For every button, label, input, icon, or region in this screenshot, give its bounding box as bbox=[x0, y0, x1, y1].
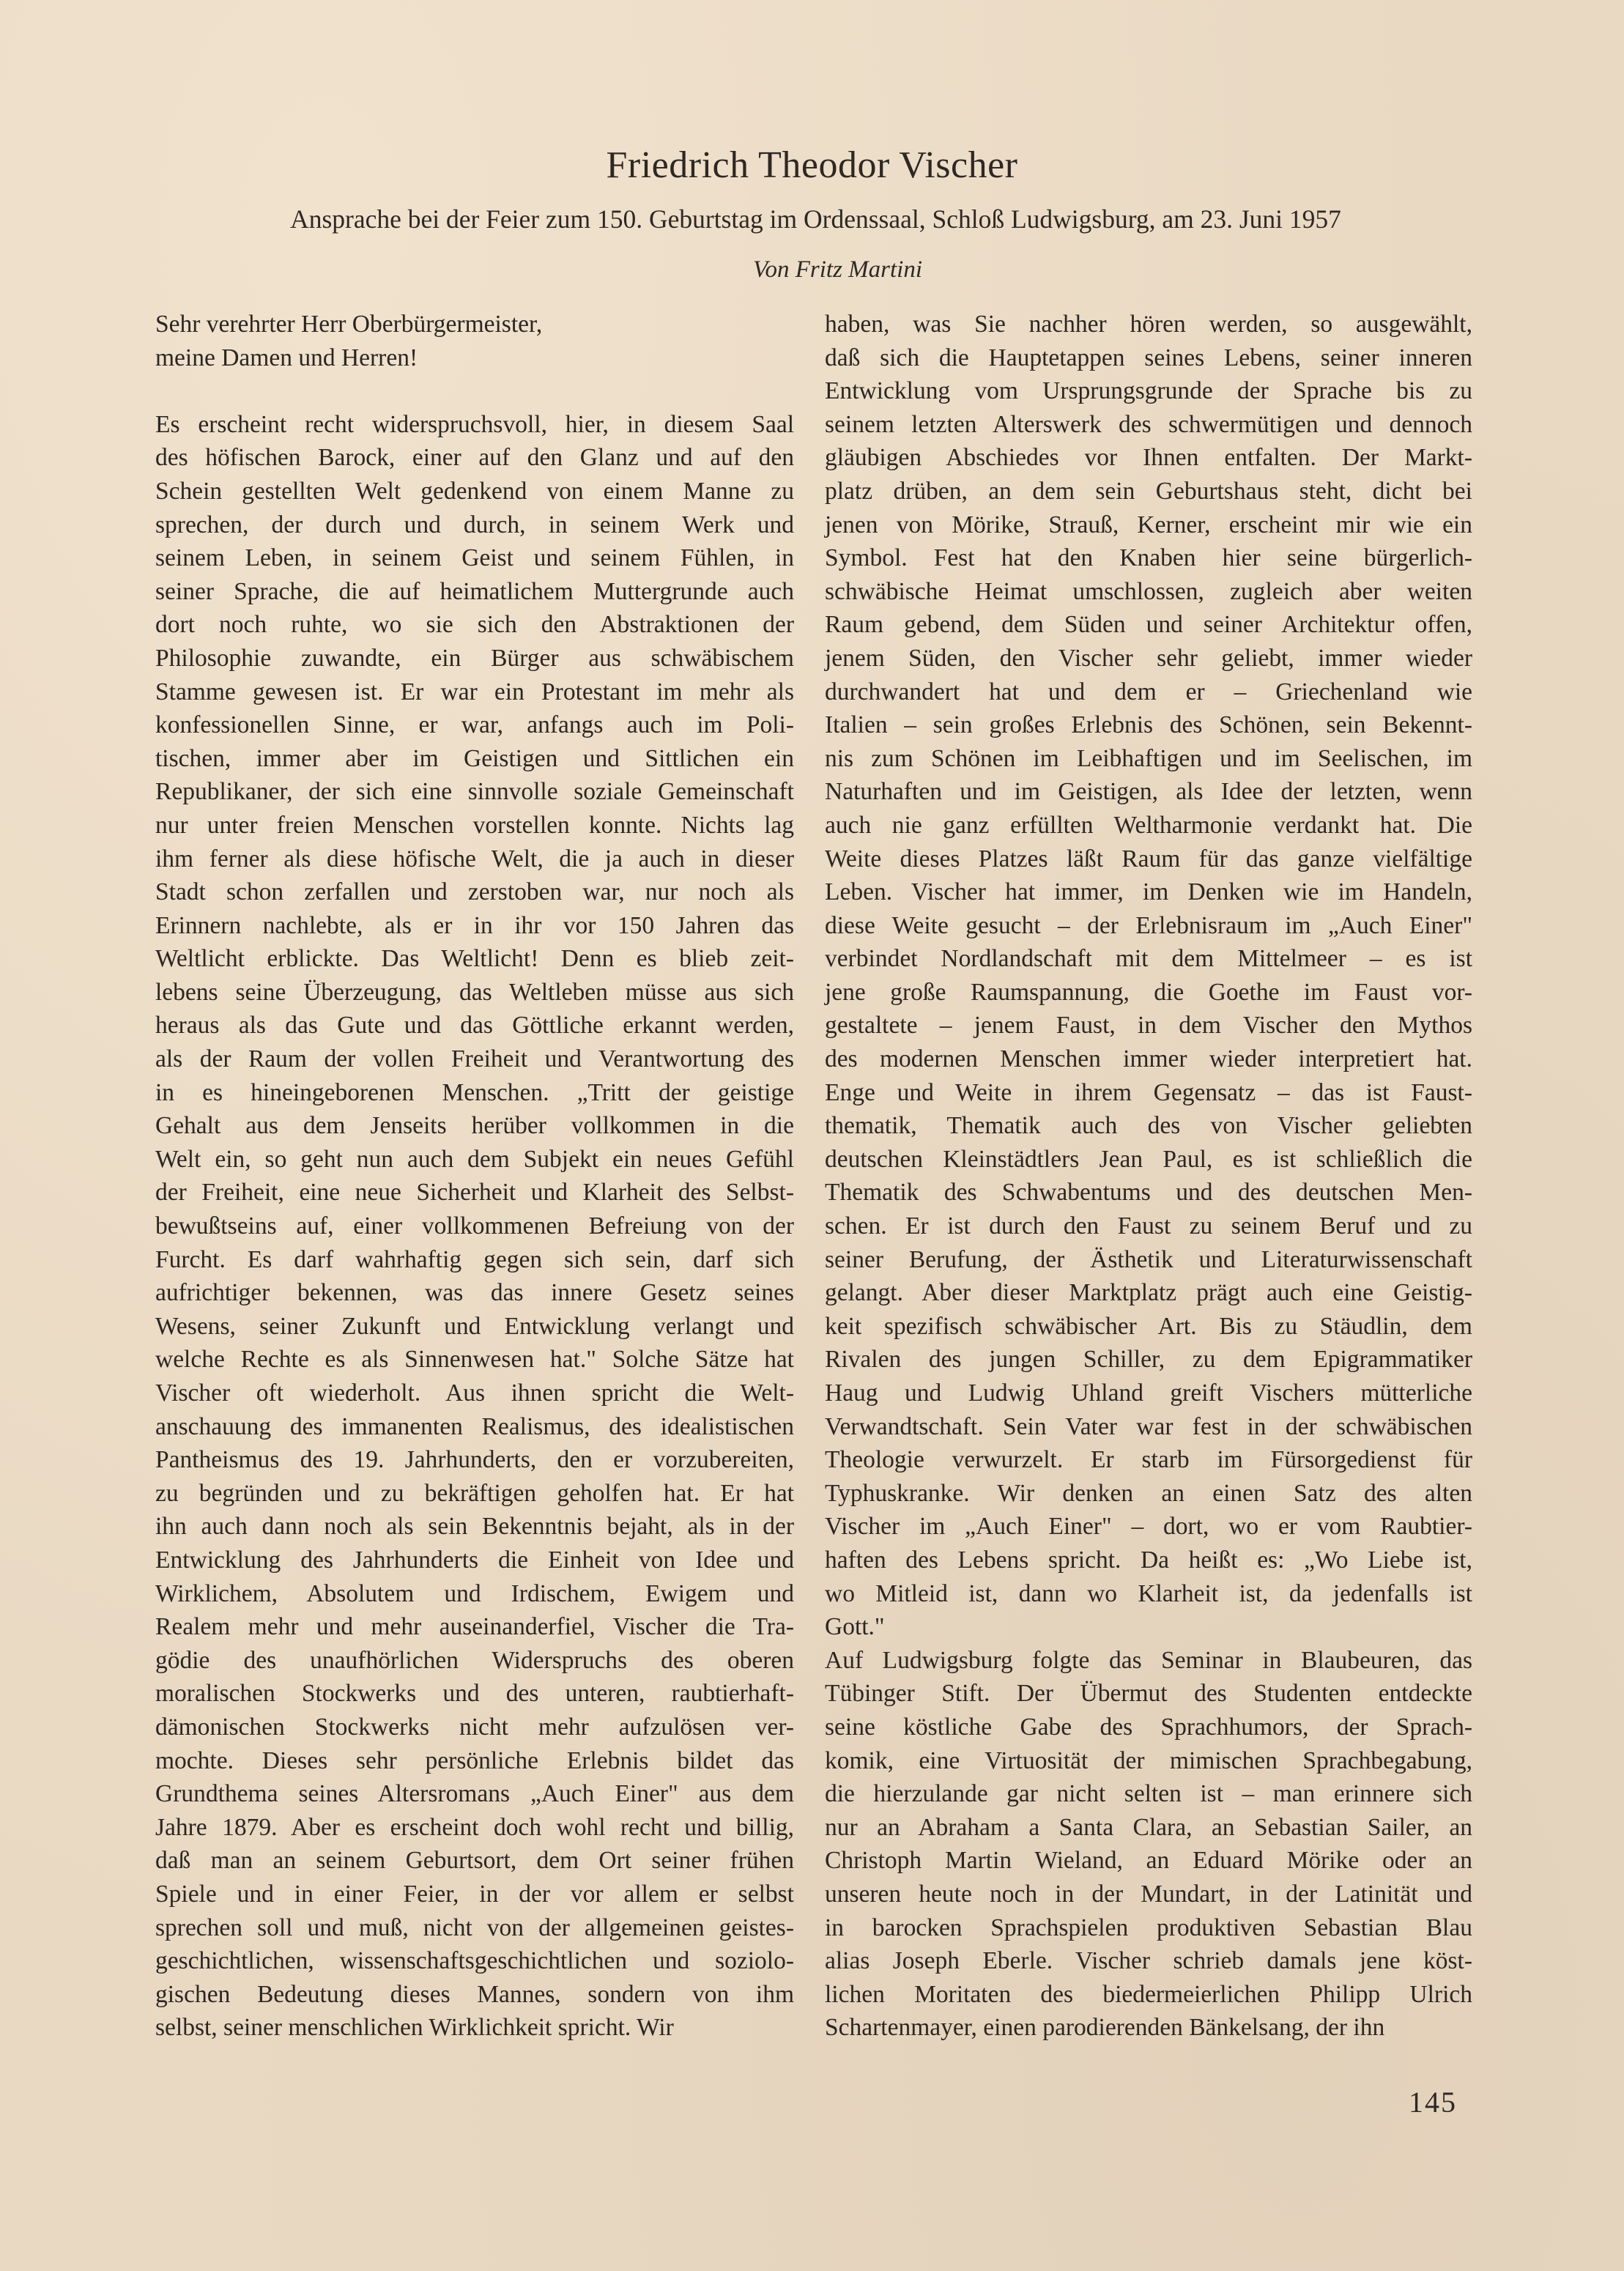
text-line: zu begründen und zu bekräftigen geholfen… bbox=[155, 1477, 794, 1511]
text-line: Christoph Martin Wieland, an Eduard Möri… bbox=[825, 1844, 1472, 1878]
text-line: lichen Moritaten des biedermeierlichen P… bbox=[825, 1978, 1472, 2012]
text-line: jene große Raumspannung, die Goethe im F… bbox=[825, 976, 1472, 1009]
text-line: der Freiheit, eine neue Sicherheit und K… bbox=[155, 1176, 794, 1209]
text-line: Weite dieses Platzes läßt Raum für das g… bbox=[825, 842, 1472, 876]
text-line: gläubigen Abschiedes vor Ihnen entfalten… bbox=[825, 441, 1472, 475]
text-line: ihn auch dann noch als sein Bekenntnis b… bbox=[155, 1510, 794, 1544]
right-column-body: haben, was Sie nachher hören werden, so … bbox=[825, 308, 1472, 2045]
text-line: Vischer oft wiederholt. Aus ihnen sprich… bbox=[155, 1377, 794, 1410]
text-line: haften des Lebens spricht. Da heißt es: … bbox=[825, 1544, 1472, 1577]
text-line: sprechen soll und muß, nicht von der all… bbox=[155, 1911, 794, 1945]
text-line: daß man an seinem Geburtsort, dem Ort se… bbox=[155, 1844, 794, 1878]
text-line: Pantheismus des 19. Jahrhunderts, den er… bbox=[155, 1443, 794, 1477]
text-line: wo Mitleid ist, dann wo Klarheit ist, da… bbox=[825, 1577, 1472, 1611]
text-line: platz drüben, an dem sein Geburtshaus st… bbox=[825, 475, 1472, 508]
text-line: ihm ferner als diese höfische Welt, die … bbox=[155, 842, 794, 876]
text-line: Philosophie zuwandte, ein Bürger aus sch… bbox=[155, 642, 794, 675]
right-column: haben, was Sie nachher hören werden, so … bbox=[825, 308, 1472, 2045]
text-line: Spiele und in einer Feier, in der vor al… bbox=[155, 1878, 794, 1911]
text-line: Rivalen des jungen Schiller, zu dem Epig… bbox=[825, 1343, 1472, 1377]
text-line: schen. Er ist durch den Faust zu seinem … bbox=[825, 1209, 1472, 1243]
text-line: seinem Leben, in seinem Geist und seinem… bbox=[155, 541, 794, 575]
text-line: als der Raum der vollen Freiheit und Ver… bbox=[155, 1042, 794, 1076]
text-line: Stadt schon zerfallen und zerstoben war,… bbox=[155, 875, 794, 909]
text-line: nis zum Schönen im Leibhaftigen und im S… bbox=[825, 742, 1472, 776]
salutation-line: meine Damen und Herren! bbox=[155, 341, 794, 375]
text-line: Welt ein, so geht nun auch dem Subjekt e… bbox=[155, 1143, 794, 1177]
text-line: konfessionellen Sinne, er war, anfangs a… bbox=[155, 708, 794, 742]
text-line: seiner Berufung, der Ästhetik und Litera… bbox=[825, 1243, 1472, 1277]
text-line: aufrichtiger bekennen, was das innere Ge… bbox=[155, 1276, 794, 1310]
text-line: moralischen Stockwerks und des unteren, … bbox=[155, 1677, 794, 1711]
text-line: Thematik des Schwabentums und des deutsc… bbox=[825, 1176, 1472, 1209]
text-line: Haug und Ludwig Uhland greift Vischers m… bbox=[825, 1377, 1472, 1410]
article-title: Friedrich Theodor Vischer bbox=[0, 144, 1624, 187]
text-line: dort noch ruhte, wo sie sich den Abstrak… bbox=[155, 608, 794, 642]
text-line: nur an Abraham a Santa Clara, an Sebasti… bbox=[825, 1811, 1472, 1845]
text-line: Erinnern nachlebte, als er in ihr vor 15… bbox=[155, 909, 794, 943]
salutation-line: Sehr verehrter Herr Oberbürgermeister, bbox=[155, 308, 794, 341]
text-line: Schein gestellten Welt gedenkend von ein… bbox=[155, 475, 794, 508]
text-line: Raum gebend, dem Süden und seiner Archit… bbox=[825, 608, 1472, 642]
text-line: Realem mehr und mehr auseinanderfiel, Vi… bbox=[155, 1610, 794, 1644]
text-line: Symbol. Fest hat den Knaben hier seine b… bbox=[825, 541, 1472, 575]
text-line: Italien – sein großes Erlebnis des Schön… bbox=[825, 708, 1472, 742]
text-line: selbst, seiner menschlichen Wirklichkeit… bbox=[155, 2011, 794, 2045]
text-line: Grundthema seines Altersromans „Auch Ein… bbox=[155, 1777, 794, 1811]
text-line: auch nie ganz erfüllten Weltharmonie ver… bbox=[825, 809, 1472, 842]
text-line: des höfischen Barock, einer auf den Glan… bbox=[155, 441, 794, 475]
text-line: Es erscheint recht widerspruchsvoll, hie… bbox=[155, 408, 794, 442]
text-line: geschichtlichen, wissenschaftsgeschichtl… bbox=[155, 1944, 794, 1978]
text-line: gestaltete – jenem Faust, in dem Vischer… bbox=[825, 1009, 1472, 1042]
author-byline: Von Fritz Martini bbox=[0, 256, 1624, 284]
text-line: anschauung des immanenten Realismus, des… bbox=[155, 1410, 794, 1444]
text-line: Republikaner, der sich eine sinnvolle so… bbox=[155, 775, 794, 809]
text-line: Wesens, seiner Zukunft und Entwicklung v… bbox=[155, 1310, 794, 1344]
text-line: seiner Sprache, die auf heimatlichem Mut… bbox=[155, 575, 794, 609]
text-line: jenem Süden, den Vischer sehr geliebt, i… bbox=[825, 642, 1472, 675]
text-line: dämonischen Stockwerks nicht mehr aufzul… bbox=[155, 1711, 794, 1744]
text-line: Gehalt aus dem Jenseits herüber vollkomm… bbox=[155, 1109, 794, 1143]
text-line: jenen von Mörike, Strauß, Kerner, ersche… bbox=[825, 508, 1472, 542]
text-line: deutschen Kleinstädtlers Jean Paul, es i… bbox=[825, 1143, 1472, 1177]
article-subtitle: Ansprache bei der Feier zum 150. Geburts… bbox=[0, 204, 1624, 234]
text-line: welche Rechte es als Sinnenwesen hat." S… bbox=[155, 1343, 794, 1377]
text-line: durchwandert hat und dem er – Griechenla… bbox=[825, 675, 1472, 709]
text-line: sprechen, der durch und durch, in seinem… bbox=[155, 508, 794, 542]
text-line: Furcht. Es darf wahrhaftig gegen sich se… bbox=[155, 1243, 794, 1277]
left-column-body: Es erscheint recht widerspruchsvoll, hie… bbox=[155, 408, 794, 2045]
text-line: tischen, immer aber im Geistigen und Sit… bbox=[155, 742, 794, 776]
text-line: Theologie verwurzelt. Er starb im Fürsor… bbox=[825, 1443, 1472, 1477]
spacer bbox=[155, 374, 794, 408]
text-line: alias Joseph Eberle. Vischer schrieb dam… bbox=[825, 1944, 1472, 1978]
text-line: die hierzulande gar nicht selten ist – m… bbox=[825, 1777, 1472, 1811]
text-line: Vischer im „Auch Einer" – dort, wo er vo… bbox=[825, 1510, 1472, 1544]
text-line: Tübinger Stift. Der Übermut des Studente… bbox=[825, 1677, 1472, 1711]
text-line: Schartenmayer, einen parodierenden Bänke… bbox=[825, 2011, 1472, 2045]
text-line: gelangt. Aber dieser Marktplatz prägt au… bbox=[825, 1276, 1472, 1310]
text-line: Naturhaften und im Geistigen, als Idee d… bbox=[825, 775, 1472, 809]
text-line: Gott." bbox=[825, 1610, 1472, 1644]
text-line: haben, was Sie nachher hören werden, so … bbox=[825, 308, 1472, 341]
text-line: Stamme gewesen ist. Er war ein Protestan… bbox=[155, 675, 794, 709]
page-number: 145 bbox=[1409, 2085, 1457, 2119]
text-line: des modernen Menschen immer wieder inter… bbox=[825, 1042, 1472, 1076]
text-line: heraus als das Gute und das Göttliche er… bbox=[155, 1009, 794, 1042]
text-line: gischen Bedeutung dieses Mannes, sondern… bbox=[155, 1978, 794, 2012]
text-line: in barocken Sprachspielen produktiven Se… bbox=[825, 1911, 1472, 1945]
text-line: Jahre 1879. Aber es erscheint doch wohl … bbox=[155, 1811, 794, 1845]
text-line: seine köstliche Gabe des Sprachhumors, d… bbox=[825, 1711, 1472, 1744]
text-line: Typhuskranke. Wir denken an einen Satz d… bbox=[825, 1477, 1472, 1511]
text-line: seinem letzten Alterswerk des schwermüti… bbox=[825, 408, 1472, 442]
text-line: unseren heute noch in der Mundart, in de… bbox=[825, 1878, 1472, 1911]
text-line: bewußtseins auf, einer vollkommenen Befr… bbox=[155, 1209, 794, 1243]
text-line: Entwicklung vom Ursprungsgrunde der Spra… bbox=[825, 374, 1472, 408]
text-line: Leben. Vischer hat immer, im Denken wie … bbox=[825, 875, 1472, 909]
text-line: schwäbische Heimat umschlossen, zugleich… bbox=[825, 575, 1472, 609]
text-line: thematik, Thematik auch des von Vischer … bbox=[825, 1109, 1472, 1143]
text-line: daß sich die Hauptetappen seines Lebens,… bbox=[825, 341, 1472, 375]
salutation: Sehr verehrter Herr Oberbürgermeister, m… bbox=[155, 308, 794, 374]
text-line: Auf Ludwigsburg folgte das Seminar in Bl… bbox=[825, 1644, 1472, 1678]
text-line: mochte. Dieses sehr persönliche Erlebnis… bbox=[155, 1744, 794, 1778]
text-line: verbindet Nordlandschaft mit dem Mittelm… bbox=[825, 942, 1472, 976]
text-line: diese Weite gesucht – der Erlebnisraum i… bbox=[825, 909, 1472, 943]
text-line: komik, eine Virtuosität der mimischen Sp… bbox=[825, 1744, 1472, 1778]
text-line: in es hineingeborenen Menschen. „Tritt d… bbox=[155, 1076, 794, 1110]
text-line: keit spezifisch schwäbischer Art. Bis zu… bbox=[825, 1310, 1472, 1344]
text-line: gödie des unaufhörlichen Widerspruchs de… bbox=[155, 1644, 794, 1678]
text-line: Wirklichem, Absolutem und Irdischem, Ewi… bbox=[155, 1577, 794, 1611]
text-line: Enge und Weite in ihrem Gegensatz – das … bbox=[825, 1076, 1472, 1110]
text-line: lebens seine Überzeugung, das Weltleben … bbox=[155, 976, 794, 1009]
text-line: nur unter freien Menschen vorstellen kon… bbox=[155, 809, 794, 842]
left-column: Sehr verehrter Herr Oberbürgermeister, m… bbox=[155, 308, 794, 2045]
text-line: Entwicklung des Jahrhunderts die Einheit… bbox=[155, 1544, 794, 1577]
text-line: Verwandtschaft. Sein Vater war fest in d… bbox=[825, 1410, 1472, 1444]
text-line: Weltlicht erblickte. Das Weltlicht! Denn… bbox=[155, 942, 794, 976]
